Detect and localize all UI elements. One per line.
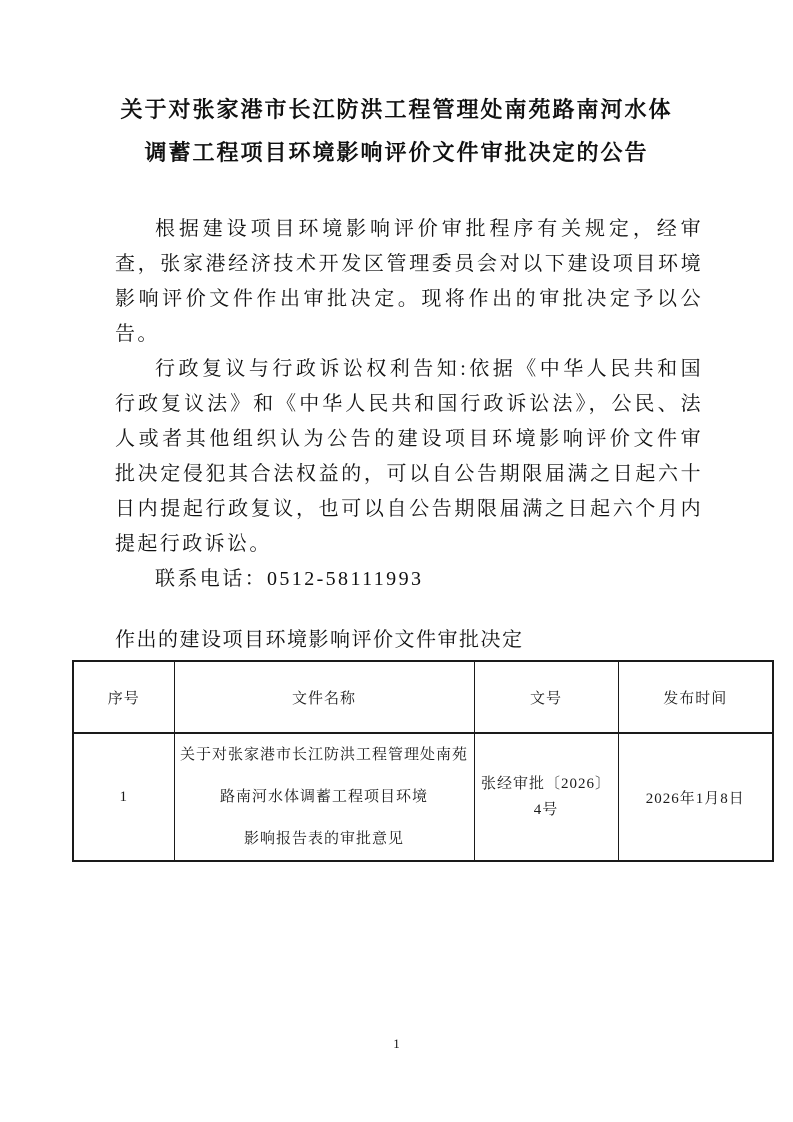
text-line: 查，张家港经济技术开发区管理委员会对以下建设项目环境	[115, 247, 703, 282]
text-line: 告。	[115, 317, 703, 352]
column-header-serial-no: 序号	[73, 661, 174, 733]
text-line: 根据建设项目环境影响评价审批程序有关规定，经审	[115, 212, 703, 247]
approval-decisions-table: 序号 文件名称 文号 发布时间 1 关于对张家港市长江防洪工程管理处南苑路南河水…	[72, 660, 774, 862]
document-title: 关于对张家港市长江防洪工程管理处南苑路南河水体调蓄工程项目环境影响评价文件审批决…	[95, 88, 698, 174]
paragraph-approval-regulations: 根据建设项目环境影响评价审批程序有关规定，经审查，张家港经济技术开发区管理委员会…	[115, 212, 703, 352]
text-line: 4号	[478, 797, 615, 823]
text-line: 影响报告表的审批意见	[178, 818, 471, 860]
text-line: 行政复议与行政诉讼权利告知:依据《中华人民共和国	[115, 352, 703, 387]
text-line: 关于对张家港市长江防洪工程管理处南苑	[178, 734, 471, 776]
text-line: 影响评价文件作出审批决定。现将作出的审批决定予以公	[115, 282, 703, 317]
document-page: 关于对张家港市长江防洪工程管理处南苑路南河水体调蓄工程项目环境影响评价文件审批决…	[0, 0, 793, 1122]
text-line: 张经审批〔2026〕	[478, 771, 615, 797]
text-line: 人或者其他组织认为公告的建设项目环境影响评价文件审	[115, 422, 703, 457]
text-line: 关于对张家港市长江防洪工程管理处南苑路南河水体	[95, 88, 698, 131]
cell-serial-no: 1	[73, 733, 174, 861]
text-line: 行政复议法》和《中华人民共和国行政诉讼法》，公民、法	[115, 387, 703, 422]
table-header-row: 序号 文件名称 文号 发布时间	[73, 661, 773, 733]
page-number: 1	[0, 1036, 793, 1052]
text-line: 调蓄工程项目环境影响评价文件审批决定的公告	[95, 131, 698, 174]
cell-file-name: 关于对张家港市长江防洪工程管理处南苑路南河水体调蓄工程项目环境影响报告表的审批意…	[174, 733, 474, 861]
table-header-row: 序号 文件名称 文号 发布时间	[73, 661, 773, 733]
column-header-file-name: 文件名称	[174, 661, 474, 733]
table-row: 1 关于对张家港市长江防洪工程管理处南苑路南河水体调蓄工程项目环境影响报告表的审…	[73, 733, 773, 861]
cell-publish-date: 2026年1月8日	[618, 733, 773, 861]
text-line: 批决定侵犯其合法权益的，可以自公告期限届满之日起六十	[115, 457, 703, 492]
text-line: 提起行政诉讼。	[115, 527, 703, 562]
column-header-publish-date: 发布时间	[618, 661, 773, 733]
contact-phone-line: 联系电话：0512-58111993	[115, 562, 703, 597]
paragraph-legal-rights-notice: 行政复议与行政诉讼权利告知:依据《中华人民共和国行政复议法》和《中华人民共和国行…	[115, 352, 703, 562]
table-caption: 作出的建设项目环境影响评价文件审批决定	[115, 625, 755, 655]
text-line: 日内提起行政复议，也可以自公告期限届满之日起六个月内	[115, 492, 703, 527]
cell-doc-number: 张经审批〔2026〕4号	[474, 733, 618, 861]
text-line: 路南河水体调蓄工程项目环境	[178, 776, 471, 818]
column-header-doc-number: 文号	[474, 661, 618, 733]
